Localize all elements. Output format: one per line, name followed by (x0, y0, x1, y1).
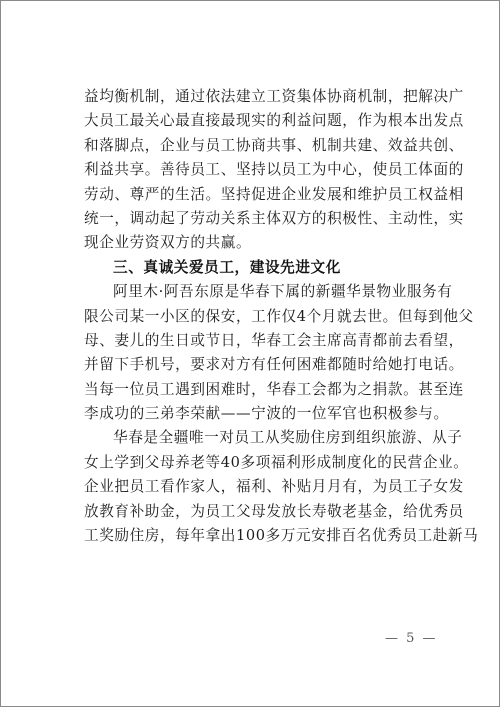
paragraph-line: 放教育补助金，为员工父母发放长寿敬老基金，给优秀员 (84, 500, 419, 524)
paragraph-line: 李成功的三弟李荣献——宁波的一位军官也积极参与。 (84, 402, 419, 426)
section-heading: 三、真诚关爱员工，建设先进文化 (84, 256, 419, 280)
page-number: — 5 — (385, 631, 438, 646)
paragraph-line: 女上学到父母养老等40多项福利形成制度化的民营企业。 (84, 451, 419, 475)
paragraph-line: 和落脚点，企业与员工协商共事、机制共建、效益共创、 (84, 134, 419, 158)
paragraph-line: 益均衡机制，通过依法建立工资集体协商机制，把解决广 (84, 85, 419, 109)
paragraph-line: 劳动、尊严的生活。坚持促进企业发展和维护员工权益相 (84, 183, 419, 207)
paragraph-line: 并留下手机号，要求对方有任何困难都随时给她打电话。 (84, 353, 419, 377)
document-body: 益均衡机制，通过依法建立工资集体协商机制，把解决广 大员工最关心最直接最现实的利… (84, 85, 419, 548)
paragraph-line: 现企业劳资双方的共赢。 (84, 231, 419, 255)
paragraph-line: 统一，调动起了劳动关系主体双方的积极性、主动性，实 (84, 207, 419, 231)
paragraph-line: 限公司某一小区的保安，工作仅4个月就去世。但每到他父 (84, 305, 419, 329)
paragraph-line: 利益共享。善待员工、坚持以员工为中心，使员工体面的 (84, 158, 419, 182)
paragraph-line: 当每一位员工遇到困难时，华春工会都为之捐款。甚至连 (84, 378, 419, 402)
paragraph-line: 母、妻儿的生日或节日，华春工会主席高青都前去看望， (84, 329, 419, 353)
document-page: 益均衡机制，通过依法建立工资集体协商机制，把解决广 大员工最关心最直接最现实的利… (0, 0, 500, 707)
paragraph-line: 阿里木·阿吾东原是华春下属的新疆华景物业服务有 (84, 280, 419, 304)
paragraph-line: 工奖励住房，每年拿出100多万元安排百名优秀员工赴新马 (84, 524, 419, 548)
paragraph-line: 大员工最关心最直接最现实的利益问题，作为根本出发点 (84, 109, 419, 133)
paragraph-line: 企业把员工看作家人，福利、补贴月月有，为员工子女发 (84, 475, 419, 499)
paragraph-line: 华春是全疆唯一对员工从奖励住房到组织旅游、从子 (84, 426, 419, 450)
